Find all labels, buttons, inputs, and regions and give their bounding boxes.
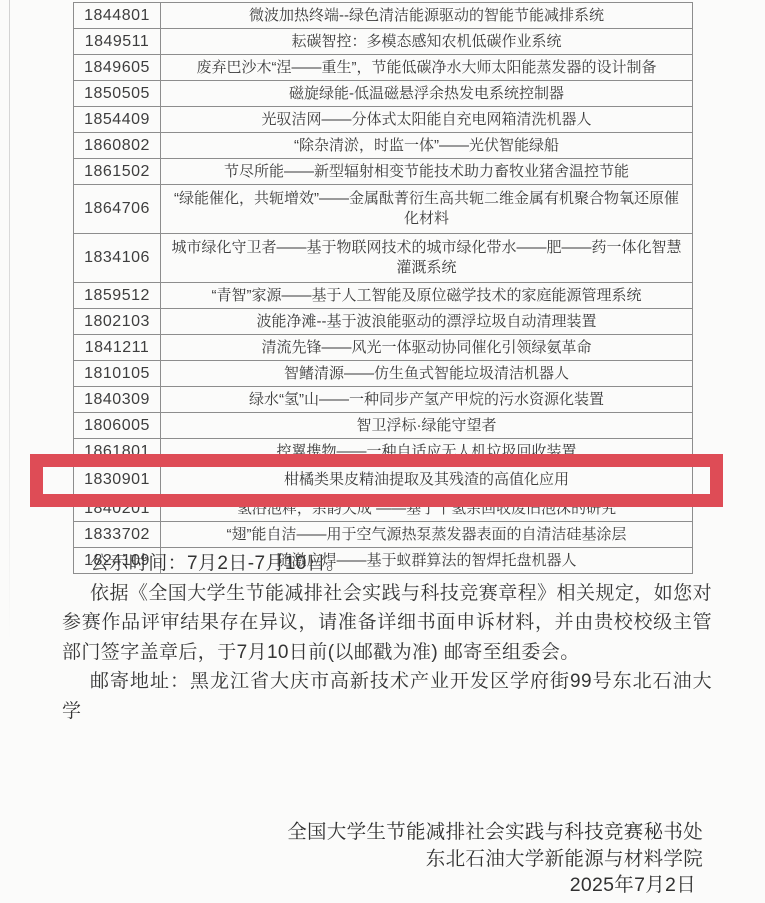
project-title-cell: 城市绿化守卫者——基于物联网技术的城市绿化带水——肥——药一体化智慧灌溉系统 — [161, 234, 693, 283]
projects-table-body: 1844801微波加热终端--绿色清洁能源驱动的智能节能减排系统1849511耘… — [74, 3, 693, 574]
projects-table: 1844801微波加热终端--绿色清洁能源驱动的智能节能减排系统1849511耘… — [73, 2, 693, 574]
project-id-cell: 1840309 — [74, 387, 161, 413]
project-title-cell: 耘碳智控：多模态感知农机低碳作业系统 — [161, 29, 693, 55]
organization-line: 全国大学生节能减排社会实践与科技竞赛秘书处 — [287, 819, 703, 846]
project-title-cell: 清流先锋——风光一体驱动协同催化引领绿氨革命 — [161, 335, 693, 361]
document-page: 1844801微波加热终端--绿色清洁能源驱动的智能节能减排系统1849511耘… — [0, 0, 765, 903]
project-id-cell: 1854409 — [74, 107, 161, 133]
project-title-cell: 微波加热终端--绿色清洁能源驱动的智能节能减排系统 — [161, 3, 693, 29]
table-row: 1850505磁旋绿能-低温磁悬浮余热发电系统控制器 — [74, 81, 693, 107]
project-title-cell: 智卫浮标·绿能守望者 — [161, 413, 693, 439]
project-id-cell: 1864706 — [74, 185, 161, 234]
project-title-cell: 控翼携物——一种自适应无人机垃圾回收装置 — [161, 439, 693, 465]
table-row: 1861502节尽所能——新型辐射相变节能技术助力畜牧业猪舍温控节能 — [74, 159, 693, 185]
project-title-cell: 柑橘类果皮精油提取及其残渣的高值化应用 — [161, 465, 693, 496]
project-title-cell: 氢浴泡释，余韵天成 ——基于千氢余回收废旧泡沫的研究 — [161, 496, 693, 522]
project-id-cell: 1841211 — [74, 335, 161, 361]
project-id-cell: 1802103 — [74, 309, 161, 335]
project-title-cell: 波能净滩--基于波浪能驱动的漂浮垃圾自动清理装置 — [161, 309, 693, 335]
project-id-cell: 1861801 — [74, 439, 161, 465]
table-row: 1830901柑橘类果皮精油提取及其残渣的高值化应用 — [74, 465, 693, 496]
project-id-cell: 1861502 — [74, 159, 161, 185]
table-row: 1802103波能净滩--基于波浪能驱动的漂浮垃圾自动清理装置 — [74, 309, 693, 335]
date-line: 2025年7月2日 — [287, 872, 703, 899]
table-row: 1854409光驭洁网——分体式太阳能自充电网箱清洗机器人 — [74, 107, 693, 133]
table-row: 1844801微波加热终端--绿色清洁能源驱动的智能节能减排系统 — [74, 3, 693, 29]
table-row: 1864706“绿能催化，共轭增效”——金属酞菁衍生高共轭二维金属有机聚合物氧还… — [74, 185, 693, 234]
project-title-cell: 智鳍清源——仿生鱼式智能垃圾清洁机器人 — [161, 361, 693, 387]
table-row: 1859512“青智”家源——基于人工智能及原位磁学技术的家庭能源管理系统 — [74, 283, 693, 309]
project-id-cell: 1833702 — [74, 522, 161, 548]
project-id-cell: 1810105 — [74, 361, 161, 387]
table-row: 1840201氢浴泡释，余韵天成 ——基于千氢余回收废旧泡沫的研究 — [74, 496, 693, 522]
photo-page-edge — [9, 0, 10, 640]
notice-text-block: 公示时间：7月2日-7月10日。 依据《全国大学生节能减排社会实践与科技竞赛章程… — [62, 549, 712, 726]
project-id-cell: 1860802 — [74, 133, 161, 159]
publicity-period-text: 公示时间：7月2日-7月10日。 — [62, 549, 712, 579]
table-row: 1833702“翅”能自洁——用于空气源热泵蒸发器表面的自清洁硅基涂层 — [74, 522, 693, 548]
table-row: 1860802“除杂清淤，时监一体”——光伏智能绿船 — [74, 133, 693, 159]
table-row: 1834106城市绿化守卫者——基于物联网技术的城市绿化带水——肥——药一体化智… — [74, 234, 693, 283]
mailing-address-text: 邮寄地址：黑龙江省大庆市高新技术产业开发区学府街99号东北石油大学 — [62, 667, 712, 726]
project-title-cell: 绿水“氢”山——一种同步产氢产甲烷的污水资源化装置 — [161, 387, 693, 413]
table-row: 1810105智鳍清源——仿生鱼式智能垃圾清洁机器人 — [74, 361, 693, 387]
project-id-cell: 1834106 — [74, 234, 161, 283]
project-title-cell: “除杂清淤，时监一体”——光伏智能绿船 — [161, 133, 693, 159]
project-title-cell: 光驭洁网——分体式太阳能自充电网箱清洗机器人 — [161, 107, 693, 133]
institution-line: 东北石油大学新能源与材料学院 — [287, 846, 703, 873]
project-title-cell: “绿能催化，共轭增效”——金属酞菁衍生高共轭二维金属有机聚合物氧还原催化材料 — [161, 185, 693, 234]
project-id-cell: 1850505 — [74, 81, 161, 107]
project-id-cell: 1849605 — [74, 55, 161, 81]
table-row: 1841211清流先锋——风光一体驱动协同催化引领绿氨革命 — [74, 335, 693, 361]
project-id-cell: 1840201 — [74, 496, 161, 522]
project-title-cell: 磁旋绿能-低温磁悬浮余热发电系统控制器 — [161, 81, 693, 107]
table-row: 1849605废弃巴沙木“涅——重生”，节能低碳净水大师太阳能蒸发器的设计制备 — [74, 55, 693, 81]
signature-block: 全国大学生节能减排社会实践与科技竞赛秘书处 东北石油大学新能源与材料学院 202… — [287, 819, 703, 899]
project-id-cell: 1859512 — [74, 283, 161, 309]
appeal-instructions-text: 依据《全国大学生节能减排社会实践与科技竞赛章程》相关规定，如您对参赛作品评审结果… — [62, 579, 712, 668]
project-title-cell: “翅”能自洁——用于空气源热泵蒸发器表面的自清洁硅基涂层 — [161, 522, 693, 548]
project-id-cell: 1806005 — [74, 413, 161, 439]
table-row: 1806005智卫浮标·绿能守望者 — [74, 413, 693, 439]
table-row: 1849511耘碳智控：多模态感知农机低碳作业系统 — [74, 29, 693, 55]
table-row: 1861801控翼携物——一种自适应无人机垃圾回收装置 — [74, 439, 693, 465]
project-id-cell: 1844801 — [74, 3, 161, 29]
table-row: 1840309绿水“氢”山——一种同步产氢产甲烷的污水资源化装置 — [74, 387, 693, 413]
project-id-cell: 1849511 — [74, 29, 161, 55]
project-title-cell: “青智”家源——基于人工智能及原位磁学技术的家庭能源管理系统 — [161, 283, 693, 309]
project-title-cell: 节尽所能——新型辐射相变节能技术助力畜牧业猪舍温控节能 — [161, 159, 693, 185]
project-id-cell: 1830901 — [74, 465, 161, 496]
project-title-cell: 废弃巴沙木“涅——重生”，节能低碳净水大师太阳能蒸发器的设计制备 — [161, 55, 693, 81]
